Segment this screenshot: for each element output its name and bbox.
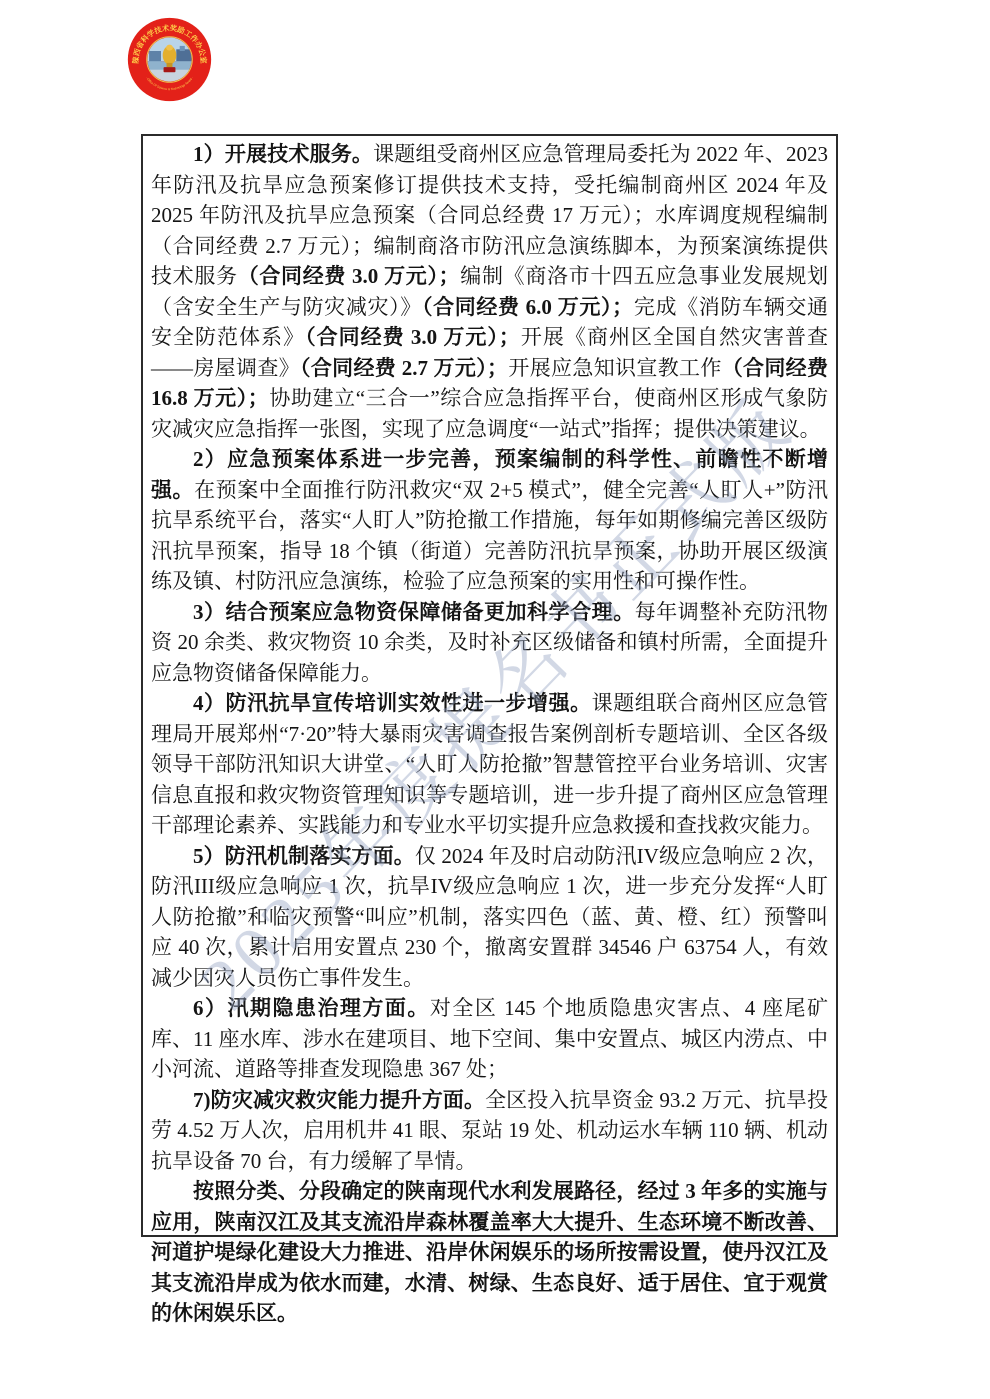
report-content-cell: 1）开展技术服务。课题组受商州区应急管理局委托为 2022 年、2023 年防汛… xyxy=(141,134,838,1237)
bold-text-run: 6）汛期隐患治理方面。 xyxy=(193,996,430,1020)
bold-text-run: 1）开展技术服务。 xyxy=(193,142,373,166)
paragraph: 5）防汛机制落实方面。仅 2024 年及时启动防汛IV级应急响应 2 次，防汛I… xyxy=(151,841,828,994)
bold-text-run: 5）防汛机制落实方面。 xyxy=(193,844,415,868)
bold-text-run: 3）结合预案应急物资保障储备更加科学合理。 xyxy=(193,600,635,624)
scanned-document-page: { "page": { "watermark_text": "2025年度提名书… xyxy=(0,0,990,1399)
bold-text-run: 7)防灾减灾救灾能力提升方面。 xyxy=(193,1088,485,1112)
paragraph: 按照分类、分段确定的陕南现代水利发展路径，经过 3 年多的实施与应用，陕南汉江及… xyxy=(151,1176,828,1329)
paragraph: 4）防汛抗旱宣传培训实效性进一步增强。课题组联合商州区应急管理局开展郑州“7·2… xyxy=(151,688,828,841)
bold-text-run: （合同经费 2.7 万元）； xyxy=(300,356,508,380)
bold-text-run: 按照分类、分段确定的陕南现代水利发展路径，经过 3 年多的实施与应用，陕南汉江及… xyxy=(151,1179,828,1325)
document-body: 1）开展技术服务。课题组受商州区应急管理局委托为 2022 年、2023 年防汛… xyxy=(143,136,836,1329)
bold-text-run: （合同经费 3.0 万元）； xyxy=(305,325,520,349)
trophy-icon xyxy=(163,45,177,73)
award-office-seal-logo: 陕西省科学技术奖励工作办公室 · Office Of Science & Tec… xyxy=(127,17,212,102)
bold-text-run: （合同经费 6.0 万元）； xyxy=(422,295,633,319)
seal-photo xyxy=(147,37,191,81)
paragraph: 1）开展技术服务。课题组受商州区应急管理局委托为 2022 年、2023 年防汛… xyxy=(151,139,828,444)
text-run: 开展应急知识宣教工作 xyxy=(508,356,722,380)
paragraph: 6）汛期隐患治理方面。对全区 145 个地质隐患灾害点、4 座尾矿库、11 座水… xyxy=(151,993,828,1085)
bold-text-run: （合同经费 3.0 万元）； xyxy=(238,264,460,288)
paragraph: 3）结合预案应急物资保障储备更加科学合理。每年调整补充防汛物资 20 余类、救灾… xyxy=(151,597,828,689)
bold-text-run: 4）防汛抗旱宣传培训实效性进一步增强。 xyxy=(193,691,592,715)
paragraph: 2）应急预案体系进一步完善，预案编制的科学性、前瞻性不断增强。在预案中全面推行防… xyxy=(151,444,828,597)
text-run: 在预案中全面推行防汛救灾“双 2+5 模式”，健全完善“人盯人+”防汛抗旱系统平… xyxy=(151,478,828,594)
paragraph: 7)防灾减灾救灾能力提升方面。全区投入抗旱资金 93.2 万元、抗旱投劳 4.5… xyxy=(151,1085,828,1177)
